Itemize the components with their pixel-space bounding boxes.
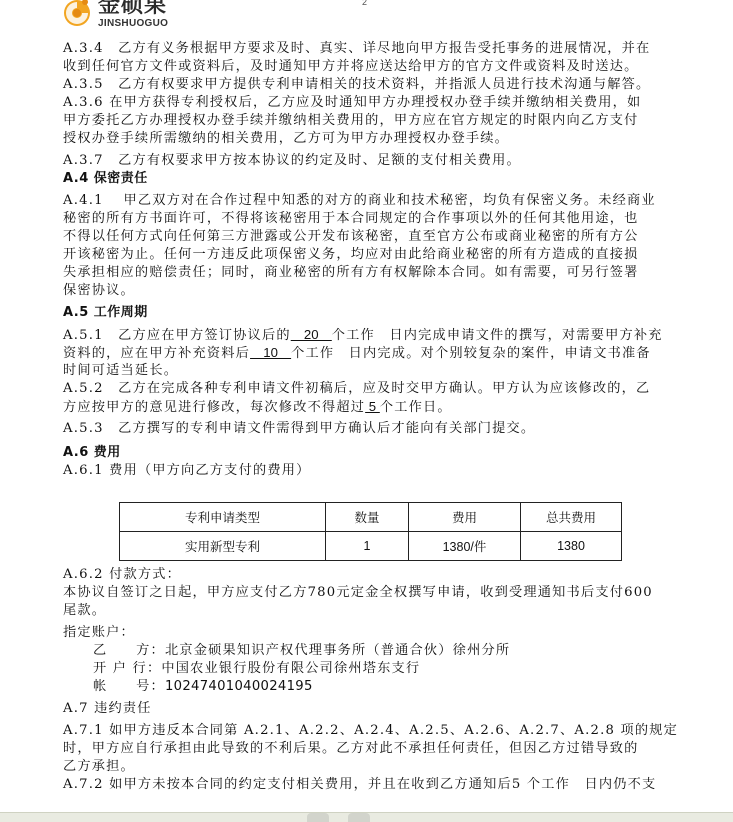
section-heading-a6: A.6 费用: [63, 444, 673, 462]
text-line: 时，甲方应自行承担由此导致的不利后果。乙方对此不承担任何责任，但因乙方过错导致的: [63, 740, 673, 758]
table-header-cell: 专利申请类型: [120, 503, 326, 532]
text-span: 个工作 日内完成申请文件的撰写，对需要甲方补充: [332, 328, 663, 343]
clause-a6-2-title: A.6.2 付款方式：: [63, 566, 673, 584]
account-title: 指定账户：: [63, 624, 673, 642]
table-header-cell: 费用: [409, 503, 521, 532]
clause-a3-4: A.3.4 乙方有义务根据甲方要求及时、真实、详尽地向甲方报告受托事务的进展情况…: [63, 40, 673, 76]
company-logo: 金硕果 JINSHUOGUO: [62, 0, 190, 32]
table-cell: 实用新型专利: [120, 532, 326, 561]
section-heading-a4: A.4 保密责任: [63, 170, 673, 188]
text-span: 个工作日。: [380, 400, 452, 415]
table-cell: 1380: [521, 532, 622, 561]
clause-a3-7: A.3.7 乙方有权要求甲方按本协议的约定及时、足额的支付相关费用。: [63, 152, 673, 170]
clause-a7-2: A.7.2 如甲方未按本合同的约定支付相关费用，并且在收到乙方通知后5 个工作 …: [63, 776, 673, 794]
account-number: 帐 号：10247401040024195: [63, 678, 673, 696]
text-line: A.3.7 乙方有权要求甲方按本协议的约定及时、足额的支付相关费用。: [63, 152, 673, 170]
section-heading-a5: A.5 工作周期: [63, 304, 673, 322]
table-row: 实用新型专利 1 1380/件 1380: [120, 532, 622, 561]
supplement-days-value: 10: [250, 345, 291, 360]
document-body: A.3.4 乙方有义务根据甲方要求及时、真实、详尽地向甲方报告受托事务的进展情况…: [63, 40, 673, 480]
logo-english-name: JINSHUOGUO: [98, 18, 168, 30]
clause-a7-1: A.7.1 如甲方违反本合同第 A.2.1、A.2.2、A.2.4、A.2.5、…: [63, 722, 673, 776]
clause-a5-2: A.5.2 乙方在完成各种专利申请文件初稿后，应及时交甲方确认。甲方认为应该修改…: [63, 380, 673, 416]
section-heading-a7: A.7 违约责任: [63, 700, 673, 718]
text-line: A.3.5 乙方有权要求甲方提供专利申请相关的技术资料，并指派人员进行技术沟通与…: [63, 76, 673, 94]
logo-swirl-icon: [62, 0, 92, 26]
text-line: A.5.2 乙方在完成各种专利申请文件初稿后，应及时交甲方确认。甲方认为应该修改…: [63, 380, 673, 398]
text-line: 本协议自签订之日起，甲方应支付乙方780元定金全权撰写申请，收到受理通知书后支付…: [63, 584, 673, 602]
account-bank: 开 户 行：中国农业银行股份有限公司徐州塔东支行: [63, 660, 673, 678]
text-line: 时间可适当延长。: [63, 362, 673, 380]
text-span: 方应按甲方的意见进行修改，每次修改不得超过: [63, 400, 365, 415]
table-header-cell: 数量: [326, 503, 409, 532]
clause-a3-6: A.3.6 在甲方获得专利授权后，乙方应及时通知甲方办理授权办登手续并缴纳相关费…: [63, 94, 673, 148]
document-page: 金硕果 JINSHUOGUO 2 A.3.4 乙方有义务根据甲方要求及时、真实、…: [0, 0, 733, 812]
text-line: 开该秘密为止。任何一方违反此项保密义务，均应对由此给商业秘密的所有方造成的直接损: [63, 246, 673, 264]
field-label: 乙 方：: [93, 643, 165, 658]
page-number: 2: [362, 0, 367, 7]
field-value: 北京金硕果知识产权代理事务所（普通合伙）徐州分所: [165, 643, 510, 658]
clause-a6-1: A.6.1 费用（甲方向乙方支付的费用）: [63, 462, 673, 480]
table-header-row: 专利申请类型 数量 费用 总共费用: [120, 503, 622, 532]
table-header-cell: 总共费用: [521, 503, 622, 532]
table-cell: 1380/件: [409, 532, 521, 561]
field-label: 帐 号：: [93, 679, 165, 694]
text-line: A.7.1 如甲方违反本合同第 A.2.1、A.2.2、A.2.4、A.2.5、…: [63, 722, 673, 740]
text-span: A.5.1 乙方应在甲方签订协议后的: [63, 328, 291, 343]
text-line: A.7.2 如甲方未按本合同的约定支付相关费用，并且在收到乙方通知后5 个工作 …: [63, 776, 673, 794]
text-span: 个工作 日内完成。对个别较复杂的案件，申请文书准备: [291, 346, 651, 361]
text-line: A.3.6 在甲方获得专利授权后，乙方应及时通知甲方办理授权办登手续并缴纳相关费…: [63, 94, 673, 112]
text-line: 资料的，应在甲方补充资料后 10 个工作 日内完成。对个别较复杂的案件，申请文书…: [63, 344, 673, 362]
document-body-lower: A.6.2 付款方式： 本协议自签订之日起，甲方应支付乙方780元定金全权撰写申…: [63, 566, 673, 794]
fee-table: 专利申请类型 数量 费用 总共费用 实用新型专利 1 1380/件 1380: [119, 502, 622, 561]
logo-chinese-name: 金硕果: [98, 0, 168, 18]
field-label: 开 户 行：: [93, 661, 161, 676]
text-line: 方应按甲方的意见进行修改，每次修改不得超过 5 个工作日。: [63, 398, 673, 416]
text-line: 尾款。: [63, 602, 673, 620]
text-line: 甲方委托乙方办理授权办登手续并缴纳相关费用的，甲方应在官方规定的时限内向乙方支付: [63, 112, 673, 130]
clause-a5-3: A.5.3 乙方撰写的专利申请文件需得到甲方确认后才能向有关部门提交。: [63, 420, 673, 438]
clause-a4-1: A.4.1 甲乙双方对在合作过程中知悉的对方的商业和技术秘密，均负有保密义务。未…: [63, 192, 673, 300]
clause-a3-5: A.3.5 乙方有权要求甲方提供专利申请相关的技术资料，并指派人员进行技术沟通与…: [63, 76, 673, 94]
account-party: 乙 方：北京金硕果知识产权代理事务所（普通合伙）徐州分所: [63, 642, 673, 660]
scrollbar-thumb[interactable]: [307, 813, 329, 822]
field-value: 10247401040024195: [165, 679, 313, 694]
text-line: 保密协议。: [63, 282, 673, 300]
text-line: 乙方承担。: [63, 758, 673, 776]
field-value: 中国农业银行股份有限公司徐州塔东支行: [161, 661, 420, 676]
text-span: 资料的，应在甲方补充资料后: [63, 346, 250, 361]
clause-a5-1: A.5.1 乙方应在甲方签订协议后的 20 个工作 日内完成申请文件的撰写，对需…: [63, 326, 673, 380]
text-line: 授权办登手续所需缴纳的相关费用，乙方可为甲方办理授权办登手续。: [63, 130, 673, 148]
text-line: 收到任何官方文件或资料后，及时通知甲方并将应送达给甲方的官方文件或资料及时送达。: [63, 58, 673, 76]
text-line: A.5.1 乙方应在甲方签订协议后的 20 个工作 日内完成申请文件的撰写，对需…: [63, 326, 673, 344]
text-line: A.4.1 甲乙双方对在合作过程中知悉的对方的商业和技术秘密，均负有保密义务。未…: [63, 192, 673, 210]
revision-days-value: 5: [365, 399, 380, 414]
table-cell: 1: [326, 532, 409, 561]
scrollbar-thumb[interactable]: [348, 813, 370, 822]
text-line: 失承担相应的赔偿责任；同时，商业秘密的所有方有权解除本合同。如有需要，可另行签署: [63, 264, 673, 282]
text-line: 不得以任何方式向任何第三方泄露或公开发布该秘密，直至官方公布或商业秘密的所有方公: [63, 228, 673, 246]
text-line: 秘密的所有方书面许可，不得将该秘密用于本合同规定的合作事项以外的任何其他用途，也: [63, 210, 673, 228]
working-days-value: 20: [291, 327, 332, 342]
text-line: A.3.4 乙方有义务根据甲方要求及时、真实、详尽地向甲方报告受托事务的进展情况…: [63, 40, 673, 58]
text-line: A.5.3 乙方撰写的专利申请文件需得到甲方确认后才能向有关部门提交。: [63, 420, 673, 438]
